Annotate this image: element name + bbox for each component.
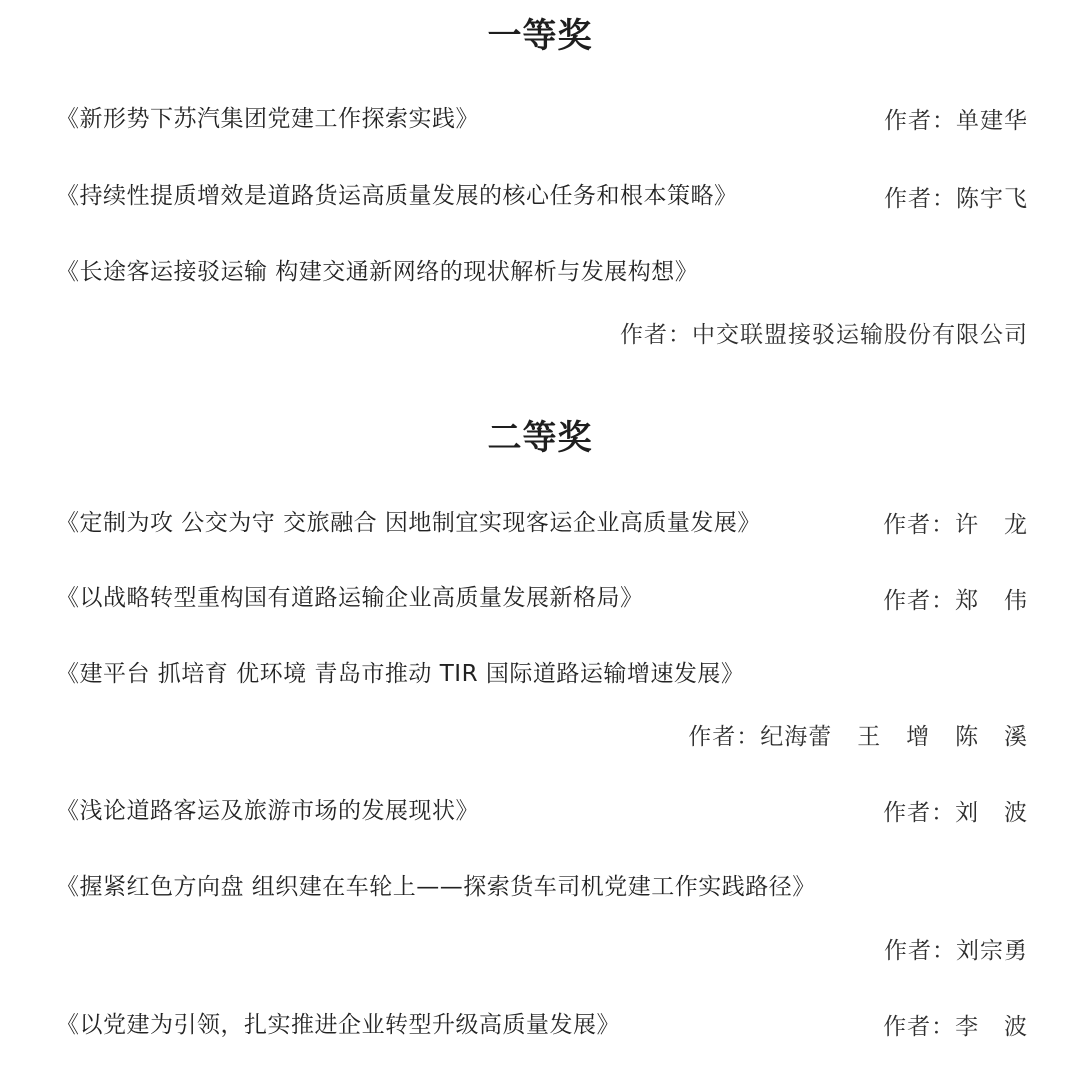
entry-author: 作者：陈宇飞 [884,180,1028,213]
entry-author: 作者：郑 伟 [883,582,1028,615]
section-heading-first-prize: 一等奖 [0,8,1080,57]
entry-author: 作者：刘宗勇 [884,932,1028,965]
entry-title: 《以党建为引领，扎实推进企业转型升级高质量发展》 [56,1006,620,1039]
entry-author: 作者：刘 波 [883,794,1028,827]
entry-title: 《以战略转型重构国有道路运输企业高质量发展新格局》 [56,579,644,612]
entry-author: 作者：李 波 [883,1008,1028,1041]
entry-title: 《握紧红色方向盘 组织建在车轮上——探索货车司机党建工作实践路径》 [56,868,816,901]
section-heading-second-prize: 二等奖 [0,410,1080,459]
entry-author: 作者：中交联盟接驳运输股份有限公司 [620,316,1028,349]
entry-title: 《持续性提质增效是道路货运高质量发展的核心任务和根本策略》 [56,177,738,210]
entry-title: 《定制为攻 公交为守 交旅融合 因地制宜实现客运企业高质量发展》 [56,504,761,537]
entry-author: 作者：单建华 [884,102,1028,135]
entry-title: 《长途客运接驳运输 构建交通新网络的现状解析与发展构想》 [56,253,698,286]
entry-author: 作者：许 龙 [883,506,1028,539]
entry-author: 作者：纪海蕾 王 增 陈 溪 [688,718,1028,751]
entry-title: 《建平台 抓培育 优环境 青岛市推动 TIR 国际道路运输增速发展》 [56,655,744,688]
entry-title: 《浅论道路客运及旅游市场的发展现状》 [56,792,479,825]
entry-title: 《新形势下苏汽集团党建工作探索实践》 [56,100,479,133]
